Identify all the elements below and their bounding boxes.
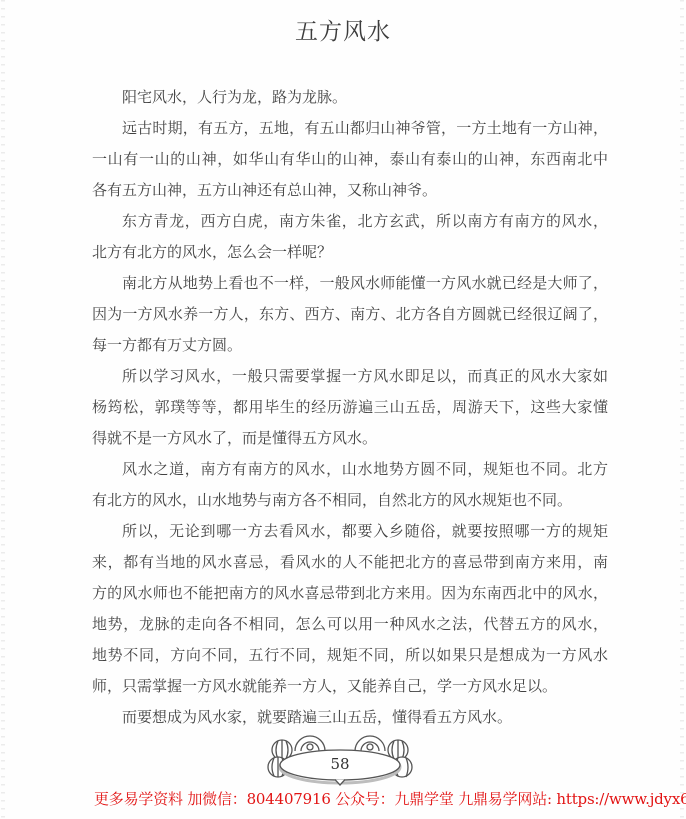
page-title: 五方风水	[0, 13, 686, 46]
text-line: 每一方都有万丈方圆。	[92, 330, 608, 361]
body-text: 阳宅风水，人行为龙，路为龙脉。 远古时期，有五方，五地，有五山都归山神爷管，一方…	[92, 82, 608, 733]
text-line: 风水之道，南方有南方的风水，山水地势方圆不同，规矩也不同。北方	[92, 454, 608, 485]
text-line: 所以，无论到哪一方去看风水，都要入乡随俗，就要按照哪一方的规矩	[92, 516, 608, 547]
text-line: 有北方的风水，山水地势与南方各不相同，自然北方的风水规矩也不同。	[92, 485, 608, 516]
text-line: 地势，龙脉的走向各不相同，怎么可以用一种风水之法，代替五方的风水，	[92, 609, 608, 640]
text-line: 各有五方山神，五方山神还有总山神，又称山神爷。	[92, 175, 608, 206]
text-line: 师，只需掌握一方风水就能养一方人，又能养自己，学一方风水足以。	[92, 671, 608, 702]
text-line: 阳宅风水，人行为龙，路为龙脉。	[92, 82, 608, 113]
text-line: 来，都有当地的风水喜忌，看风水的人不能把北方的喜忌带到南方来用，南	[92, 547, 608, 578]
text-line: 北方有北方的风水，怎么会一样呢？	[92, 237, 608, 268]
footer-promo-text: 更多易学资料 加微信：804407916 公众号：九鼎学堂 九鼎易学网站: ht…	[94, 786, 686, 812]
text-line: 所以学习风水，一般只需要掌握一方风水即足以，而真正的风水大家如	[92, 361, 608, 392]
text-line: 而要想成为风水家，就要踏遍三山五岳，懂得看五方风水。	[92, 702, 608, 733]
text-line: 东方青龙，西方白虎，南方朱雀，北方玄武，所以南方有南方的风水，	[92, 206, 608, 237]
text-line: 一山有一山的山神，如华山有华山的山神，泰山有泰山的山神，东西南北中	[92, 144, 608, 175]
cloud-spiral-icon	[295, 736, 325, 751]
page-number: 58	[265, 755, 415, 773]
scan-edge-left	[1, 0, 5, 819]
text-line: 因为一方风水养一方人，东方、西方、南方、北方各自方圆就已经很辽阔了，	[92, 299, 608, 330]
text-line: 杨筠松，郭璞等等，都用毕生的经历游遍三山五岳，周游天下，这些大家懂	[92, 392, 608, 423]
text-line: 得就不是一方风水了，而是懂得五方风水。	[92, 423, 608, 454]
text-line: 南北方从地势上看也不一样，一般风水师能懂一方风水就已经是大师了，	[92, 268, 608, 299]
text-line: 方的风水师也不能把南方的风水喜忌带到北方来用。因为东南西北中的风水，	[92, 578, 608, 609]
cloud-spiral-icon	[355, 736, 385, 751]
scanned-book-page: 五方风水 阳宅风水，人行为龙，路为龙脉。 远古时期，有五方，五地，有五山都归山神…	[0, 0, 686, 819]
text-line: 远古时期，有五方，五地，有五山都归山神爷管，一方土地有一方山神，	[92, 113, 608, 144]
text-line: 地势不同，方向不同，五行不同，规矩不同，所以如果只是想成为一方风水	[92, 640, 608, 671]
scan-edge-right	[680, 0, 684, 819]
